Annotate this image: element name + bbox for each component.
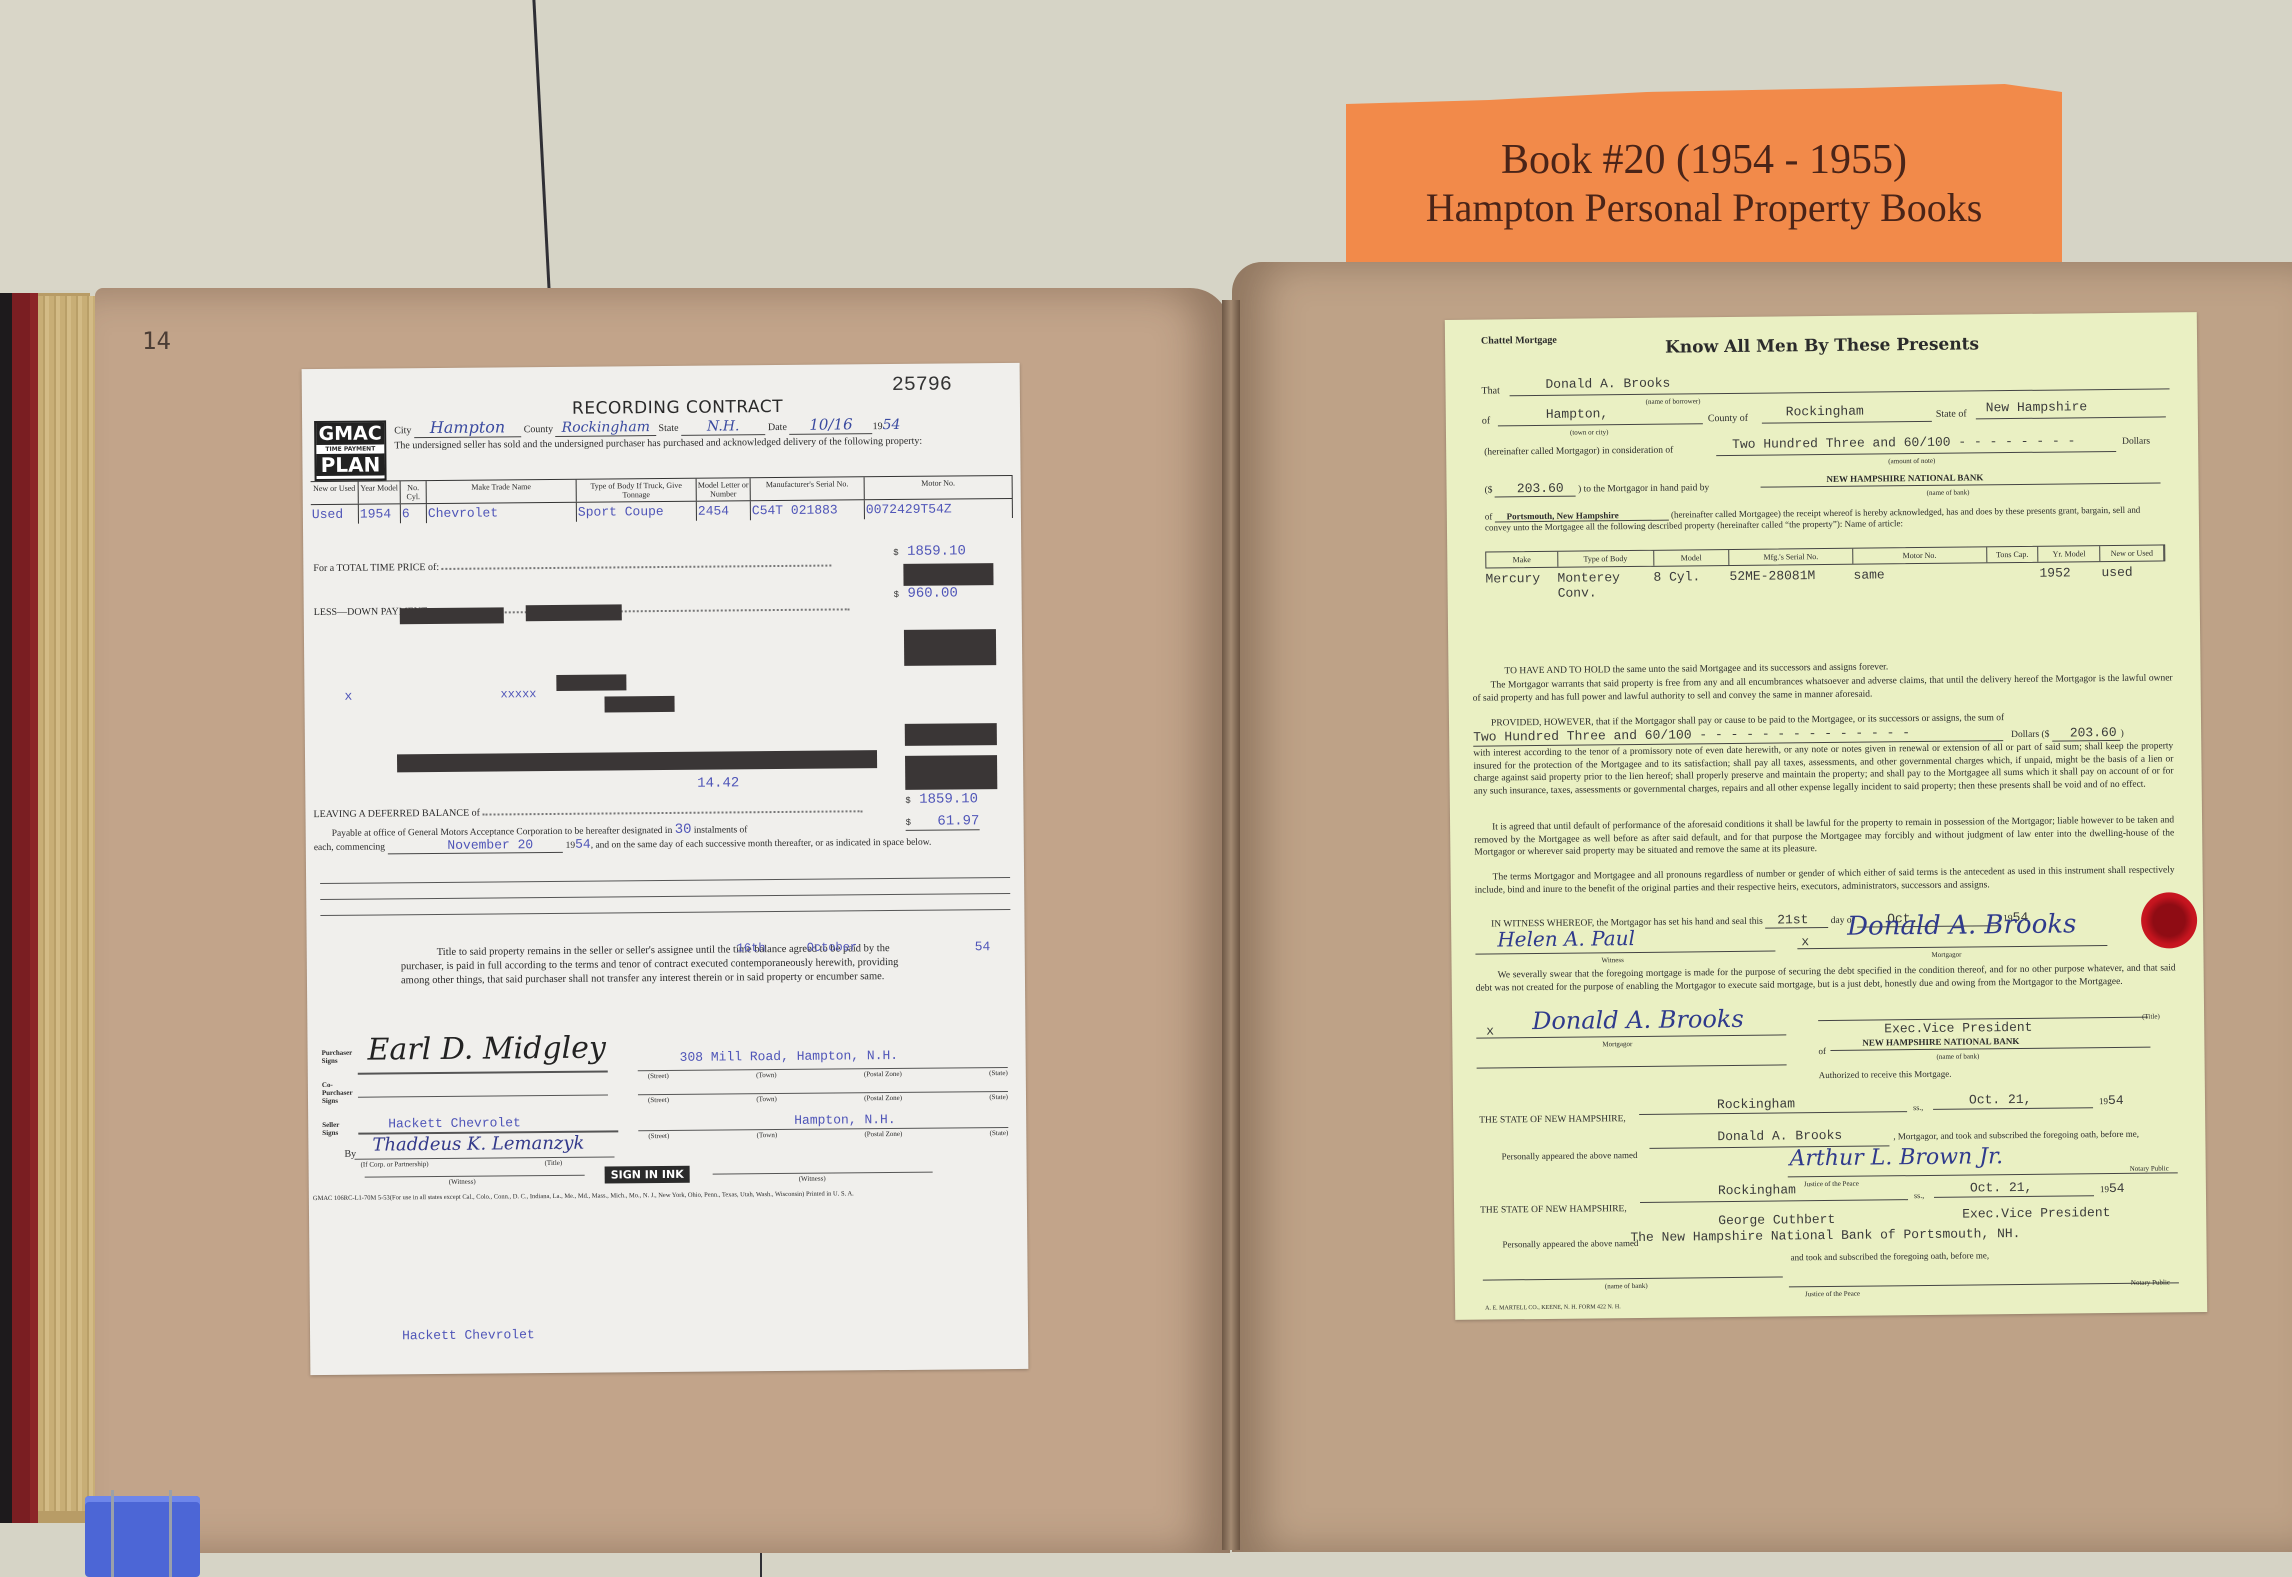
deferred-balance: $ 1859.10 <box>905 791 978 808</box>
page-edges <box>38 296 100 1511</box>
down-payment: $ 960.00 <box>894 585 958 602</box>
property-header-cell: Type of Body <box>1558 551 1654 567</box>
book-label-title: Book #20 (1954 - 1955) <box>1346 136 2062 184</box>
ack2-name: George Cuthbert <box>1718 1212 1835 1228</box>
notary-caption: Notary Public <box>2131 1278 2170 1286</box>
property-header-cell: Model <box>1654 550 1730 566</box>
signature-line <box>358 1095 608 1098</box>
commencing-date: November 20 <box>387 837 563 855</box>
officer-title: Exec.Vice President <box>1884 1020 2032 1037</box>
amount-caption: (amount of note) <box>1888 457 1935 465</box>
field-line <box>1483 1276 1783 1280</box>
property-value-cell: 8 Cyl. <box>1653 569 1729 600</box>
witness-caption: (Witness) <box>449 1178 476 1186</box>
gmac-logo-bottom: PLAN <box>316 453 384 476</box>
witness-signature: Helen A. Paul <box>1497 926 1635 951</box>
ack2-year-value: 54 <box>2109 1181 2125 1196</box>
property-header-cell: New or Used <box>2100 545 2164 561</box>
book-label: Book #20 (1954 - 1955) Hampton Personal … <box>1346 84 2062 284</box>
witness-caption: (Witness) <box>799 1175 826 1183</box>
town-value: Hampton, <box>1546 406 1609 422</box>
dollars-label: Dollars <box>2122 437 2150 447</box>
blank-line <box>320 909 1010 916</box>
property-value-cell: Mercury <box>1485 571 1557 602</box>
of-label: of <box>1818 1046 1826 1056</box>
date-value: 10/16 <box>789 415 872 435</box>
property-header-cell: Motor No. <box>1853 547 1987 563</box>
title-caption: (Title) <box>2142 1013 2160 1021</box>
xxxxx-mark: xxxxx <box>500 687 536 701</box>
form-footer: GMAC 106RC-L1-70M 5-53(For use in all st… <box>313 1189 1023 1203</box>
gmac-logo: GMAC TIME PAYMENT PLAN <box>314 420 387 481</box>
title-caption: (Title) <box>545 1159 563 1167</box>
down-payment-value: 960.00 <box>907 585 958 601</box>
consideration-label: (hereinafter called Mortgagor) in consid… <box>1484 446 1673 458</box>
ack2-text: and took and subscribed the foregoing oa… <box>1791 1250 1990 1262</box>
bank-name: NEW HAMPSHIRE NATIONAL BANK <box>1826 472 1983 484</box>
ss-label: ss., <box>1913 1103 1923 1112</box>
redaction-box <box>904 629 996 666</box>
city-value: Hampton <box>414 417 521 438</box>
ack1-county: Rockingham <box>1717 1096 1795 1112</box>
address-caption: (Postal Zone) <box>864 1094 902 1102</box>
mortgage-type-label: Chattel Mortgage <box>1481 335 1557 347</box>
justice-signature: Arthur L. Brown Jr. <box>1789 1144 2003 1171</box>
property-value-cell: Monterey Conv. <box>1557 570 1653 601</box>
instalments-count: 30 <box>675 822 692 838</box>
city-label: City <box>394 425 411 436</box>
address-caption: (Street) <box>648 1072 669 1080</box>
vehicle-value-cell: 1954 <box>359 504 401 523</box>
purchaser-label: Purchaser Signs <box>322 1049 352 1065</box>
vehicle-value-cell: Chevrolet <box>427 503 577 523</box>
blank-line <box>320 893 1010 900</box>
ack2-date: Oct. 21, <box>1970 1180 2033 1196</box>
address-captions: (Street)(Town)(Postal Zone)(State) <box>648 1069 1008 1080</box>
table-surface <box>0 0 540 290</box>
vehicle-value-cell: Used <box>311 505 359 524</box>
ack2-county: Rockingham <box>1718 1182 1796 1198</box>
address-caption: (Postal Zone) <box>864 1130 902 1138</box>
commencing-year: 54 <box>575 837 591 852</box>
property-value-cell: 52ME-28081M <box>1729 568 1853 599</box>
vehicle-value-cell: C54T 021883 <box>751 500 865 520</box>
vehicle-value-cell: 0072429T54Z <box>865 499 1013 519</box>
property-value-cell: same <box>1853 566 1987 597</box>
notary-caption: Notary Public <box>2130 1164 2169 1172</box>
total-time-price: $ 1859.10 <box>893 543 966 560</box>
purchaser-signature: Earl D. Midgley <box>367 1031 606 1068</box>
justice-caption: Justice of the Peace <box>1804 1180 1859 1189</box>
amount-words: Two Hundred Three and 60/100 - - - - - -… <box>1732 433 2075 452</box>
x-mark: x <box>1801 934 1809 949</box>
overtype-month: October <box>807 940 858 954</box>
paid-by-label: ) to the Mortgagor in hand paid by <box>1578 483 1709 494</box>
contract-number: 25796 <box>892 373 952 397</box>
field-line <box>1762 421 1932 424</box>
overtype-year: 54 <box>975 939 991 954</box>
address-caption: (Town) <box>756 1095 777 1103</box>
witness-caption: Witness <box>1601 956 1623 964</box>
total-time-price-label: For a TOTAL TIME PRICE of: <box>313 562 439 574</box>
ack1-name: Donald A. Brooks <box>1717 1128 1842 1144</box>
redaction-box <box>905 723 997 746</box>
ack1-text: , Mortgagor, and took and subscribed the… <box>1893 1128 2173 1141</box>
dollars-label: Dollars <box>2011 730 2039 740</box>
year-value: 54 <box>883 417 901 433</box>
page-number: 14 <box>142 327 171 355</box>
county-label: County of <box>1708 413 1748 424</box>
borrower-caption: (name of borrower) <box>1646 397 1701 406</box>
address-caption: (Town) <box>756 1071 777 1079</box>
witness-day: 21st <box>1765 912 1828 929</box>
commencing-row: each, commencing November 20 1954, and o… <box>314 835 1014 854</box>
seller-town: Hampton, N.H. <box>794 1112 896 1128</box>
address-caption: (Town) <box>757 1131 778 1139</box>
ack2-year: 1954 <box>2100 1181 2125 1196</box>
signature-line <box>358 1071 608 1075</box>
wax-seal <box>2141 892 2198 949</box>
county-value: Rockingham <box>556 419 657 437</box>
deferred-balance-row: LEAVING A DEFERRED BALANCE of <box>313 804 903 820</box>
mortgagor-signature-2: Donald A. Brooks <box>1532 1005 1744 1035</box>
field-line <box>1933 1107 2093 1110</box>
property-header-cell: Yr. Model <box>2039 546 2101 562</box>
justice-caption: Justice of the Peace <box>1805 1290 1860 1299</box>
field-line <box>1639 1111 1907 1115</box>
property-header-cell: Mfg.'s Serial No. <box>1729 549 1853 565</box>
para-agreed: It is agreed that until default of perfo… <box>1474 814 2174 859</box>
payable-text-2: instalments of <box>694 825 748 835</box>
vehicle-header-cell: Manufacturer's Serial No. <box>751 477 865 500</box>
of-label: of <box>1485 511 1493 521</box>
ack2-bank: The New Hampshire National Bank of Ports… <box>1630 1226 2020 1245</box>
redaction-box <box>556 674 626 691</box>
borrower-name: Donald A. Brooks <box>1545 376 1670 392</box>
date-label: Date <box>768 422 787 433</box>
chattel-mortgage: Chattel Mortgage Know All Men By These P… <box>1445 312 2207 1320</box>
amount-value: 203.60 <box>2052 725 2121 742</box>
dollars-amount-2: Dollars ($ 203.60) <box>2011 725 2124 741</box>
vehicle-header-cell: Model Letter or Number <box>697 478 751 500</box>
state-label: State <box>658 423 678 434</box>
binder-clip <box>85 1496 200 1577</box>
field-line <box>1716 451 2116 456</box>
property-value-cell: 1952 <box>2039 565 2101 596</box>
seller-label: Seller Signs <box>322 1121 352 1137</box>
vehicle-header-cell: Make Trade Name <box>427 480 577 503</box>
vehicle-header-cell: New or Used <box>311 482 359 504</box>
mortgagor-signature: Donald A. Brooks <box>1847 909 2077 941</box>
contract-intro: The undersigned seller has sold and the … <box>394 435 1014 452</box>
state-heading: THE STATE OF NEW HAMPSHIRE, <box>1480 1204 1627 1216</box>
property-table-row: MercuryMonterey Conv.8 Cyl.52ME-28081Msa… <box>1485 564 2165 601</box>
signature-line <box>1477 1064 1787 1068</box>
instalment-amount-value: 61.97 <box>919 813 979 830</box>
by-signature: Thaddeus K. Lemanzyk <box>372 1133 584 1156</box>
commencing-text: , and on the same day of each successive… <box>591 838 932 851</box>
recording-contract: 25796 RECORDING CONTRACT GMAC TIME PAYME… <box>302 363 1029 1375</box>
address-caption: (State) <box>990 1129 1009 1137</box>
deferred-balance-value: 1859.10 <box>919 791 978 808</box>
currency-symbol: $ <box>906 818 911 828</box>
address-caption: (Street) <box>648 1132 669 1140</box>
signature-line <box>1797 945 2107 949</box>
deferred-balance-label: LEAVING A DEFERRED BALANCE of <box>313 808 480 820</box>
ack1-year-value: 54 <box>2108 1093 2124 1108</box>
commencing-year-prefix: 19 <box>566 841 576 851</box>
county-value: Rockingham <box>1786 404 1864 420</box>
bank-caption: (name of bank) <box>1936 1052 1979 1060</box>
appeared-label: Personally appeared the above named <box>1502 1238 1638 1249</box>
amount-row: ($ 203.60 ) to the Mortgagor in hand pai… <box>1484 479 1709 496</box>
co-purchaser-label: Co-Purchaser Signs <box>322 1081 362 1105</box>
field-line <box>1761 482 2161 487</box>
by-caption: (If Corp. or Partnership) <box>361 1160 429 1169</box>
vehicle-header-cell: No. Cyl. <box>401 481 427 503</box>
address-caption: (State) <box>989 1093 1008 1101</box>
signature-line <box>1476 1034 1786 1038</box>
mortgagor-caption: Mortgagor <box>1931 951 1961 959</box>
county-label: County <box>524 424 554 435</box>
state-value: New Hampshire <box>1986 399 2088 415</box>
address-caption: (Postal Zone) <box>864 1070 902 1078</box>
book-label-subtitle: Hampton Personal Property Books <box>1346 184 2062 232</box>
grant-row: of Portsmouth, New Hampshire (hereinafte… <box>1485 504 2165 533</box>
bank-caption: (name of bank) <box>1927 488 1970 496</box>
total-time-price-value: 1859.10 <box>907 543 966 560</box>
redaction-box <box>604 696 674 713</box>
para-hold-text: TO HAVE AND TO HOLD the same unto the sa… <box>1488 662 1888 676</box>
para-interest: with interest according to the tenor of … <box>1473 740 2173 797</box>
amount-prefix: ($ <box>1485 485 1493 495</box>
address-caption: (Street) <box>648 1096 669 1104</box>
signature-line <box>1789 1282 2179 1287</box>
redaction-box <box>903 563 993 586</box>
of-label: of <box>1482 415 1490 426</box>
contract-header-line: City Hampton County Rockingham State N.H… <box>394 413 1014 437</box>
seller-name: Hackett Chevrolet <box>388 1115 521 1131</box>
field-line <box>1498 423 1703 426</box>
ss-label: ss., <box>1914 1191 1924 1200</box>
instalment-amount: $ 61.97 <box>906 813 980 831</box>
field-line <box>1640 1199 1908 1203</box>
state-heading: THE STATE OF NEW HAMPSHIRE, <box>1479 1114 1626 1126</box>
gmac-logo-top: GMAC <box>316 422 384 445</box>
ack1-date: Oct. 21, <box>1969 1092 2032 1108</box>
currency-symbol: $ <box>905 796 910 806</box>
mortgage-title: Know All Men By These Presents <box>1665 334 1979 357</box>
commencing-label: each, commencing <box>314 842 385 853</box>
authorized-text: Authorized to receive this Mortgage. <box>1819 1069 1952 1080</box>
bank-name-2: NEW HAMPSHIRE NATIONAL BANK <box>1862 1036 2019 1048</box>
vehicle-value-cell: 2454 <box>697 501 751 520</box>
vehicle-value-cell: 6 <box>401 504 427 523</box>
that-label: That <box>1481 385 1499 396</box>
vehicle-header-cell: Motor No. <box>865 476 1013 499</box>
property-header-cell: Make <box>1486 552 1558 568</box>
signature-line <box>355 1156 615 1159</box>
sign-in-ink-badge: SIGN IN INK <box>605 1166 690 1184</box>
state-value: N.H. <box>681 418 766 436</box>
signature-line <box>1788 1172 2178 1177</box>
amount-14-42: 14.42 <box>697 775 739 791</box>
bottom-stamp: Hackett Chevrolet <box>402 1327 535 1343</box>
property-value-cell: used <box>2101 564 2165 595</box>
x-mark: x <box>1486 1023 1494 1038</box>
bank-caption: (name of bank) <box>1605 1282 1648 1290</box>
amount-prefix: ($ <box>2041 730 2049 740</box>
state-label: State of <box>1936 409 1967 420</box>
mortgagor-caption: Mortgagor <box>1602 1040 1632 1048</box>
address-caption: (State) <box>989 1069 1008 1077</box>
redaction-box <box>397 750 877 772</box>
vehicle-header-cell: Year Model <box>359 481 401 503</box>
redaction-box <box>905 755 997 790</box>
book-gutter <box>1222 300 1240 1550</box>
para-swear: We severally swear that the foregoing mo… <box>1476 962 2176 994</box>
property-header-cell: Tons Cap. <box>1987 547 2039 563</box>
ack1-year: 1954 <box>2099 1093 2124 1108</box>
town-caption: (town or city) <box>1570 428 1609 436</box>
vehicle-header-cell: Type of Body If Truck, Give Tonnage <box>577 479 697 502</box>
amount-value: 203.60 <box>1495 481 1576 498</box>
blank-line <box>320 877 1010 884</box>
appeared-label: Personally appeared the above named <box>1501 1150 1637 1161</box>
redaction-box <box>526 604 622 621</box>
redaction-box <box>400 607 504 624</box>
ack2-title: Exec.Vice President <box>1962 1205 2110 1222</box>
field-line <box>1976 416 2166 419</box>
para-warrants: The Mortgagor warrants that said propert… <box>1473 672 2173 704</box>
x-mark: x <box>344 689 352 704</box>
currency-symbol: $ <box>893 548 898 558</box>
form-footer: A. E. MARTELL CO., KEENE, N. H. FORM 422… <box>1485 1304 1621 1311</box>
purchaser-address: 308 Mill Road, Hampton, N.H. <box>680 1048 899 1065</box>
vehicle-table: New or UsedYear ModelNo. Cyl.Make Trade … <box>311 475 1013 524</box>
currency-symbol: $ <box>894 590 899 600</box>
overtype-day: 16th <box>737 941 766 955</box>
total-time-price-row: For a TOTAL TIME PRICE of: <box>313 558 893 574</box>
field-line <box>1934 1195 2094 1198</box>
para-terms: The terms Mortgagor and Mortgagee and al… <box>1475 864 2175 896</box>
vehicle-value-cell: Sport Coupe <box>577 502 697 522</box>
property-value-cell <box>1987 566 2039 597</box>
